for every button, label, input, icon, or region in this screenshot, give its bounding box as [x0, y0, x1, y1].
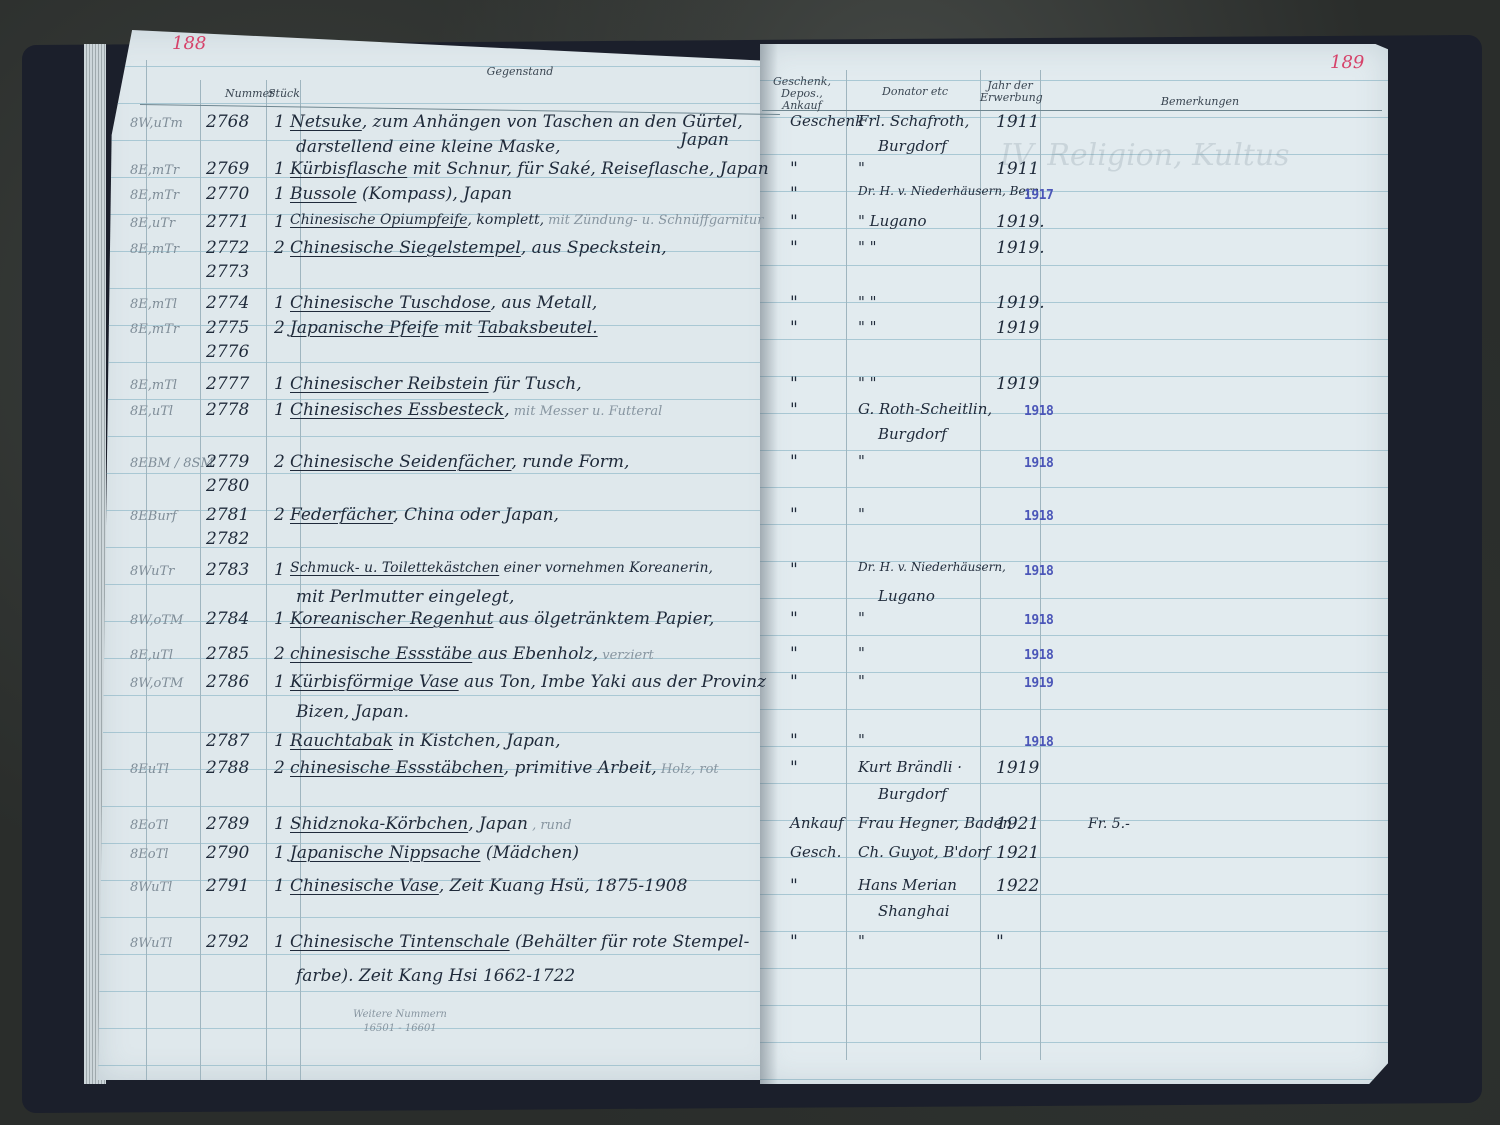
entry-object: Japanische Pfeife mit Tabaksbeutel.: [290, 318, 598, 338]
entry-acquisition: Geschenk: [790, 112, 864, 130]
entry-location: 8E,uTl: [130, 648, 173, 663]
entry-pieces: 1: [274, 731, 285, 751]
entry-object-origin: Japan: [680, 130, 729, 150]
entry-location: 8W,oTM: [130, 613, 183, 628]
entry-donor-continued: Burgdorf: [878, 785, 947, 803]
entry-location: 8E,mTr: [130, 242, 179, 257]
entry-year: 1922: [996, 876, 1039, 896]
entry-year: 1921: [996, 843, 1039, 863]
entry-number: 2768: [206, 112, 249, 132]
entry-object: Koreanischer Regenhut aus ölgetränktem P…: [290, 609, 714, 629]
entry-donor: ": [858, 452, 865, 470]
entry-pieces: 1: [274, 843, 285, 863]
entry-pieces: 1: [274, 112, 285, 132]
entry-object-continued: mit Perlmutter eingelegt,: [296, 587, 514, 607]
entry-number: 2785: [206, 644, 249, 664]
entry-acquisition: Ankauf: [790, 814, 844, 832]
entry-pieces: 2: [274, 505, 285, 525]
entry-pieces: 1: [274, 876, 285, 896]
column-rule: [846, 70, 847, 1060]
entry-object: Chinesisches Essbesteck, mit Messer u. F…: [290, 400, 662, 420]
entry-location: 8WuTl: [130, 936, 172, 951]
entry-remarks: Fr. 5.-: [1088, 816, 1130, 832]
entry-pieces: 1: [274, 184, 285, 204]
entry-number: 2772: [206, 238, 249, 258]
entry-donor-continued: Burgdorf: [878, 137, 947, 155]
entry-object: Netsuke, zum Anhängen von Taschen an den…: [290, 112, 743, 132]
entry-object-continued: farbe). Zeit Kang Hsi 1662-1722: [296, 966, 575, 986]
entry-year-stamp: 1918: [1024, 648, 1053, 663]
ghost-heading: IV. Religion, Kultus: [1000, 138, 1290, 173]
entry-object: Shidznoka-Körbchen, Japan , rund: [290, 814, 572, 834]
entry-object: Chinesische Siegelstempel, aus Speckstei…: [290, 238, 667, 258]
entry-year-stamp: 1918: [1024, 509, 1053, 524]
entry-year: ": [996, 932, 1004, 952]
entry-location: 8EoTl: [130, 847, 168, 862]
entry-object: Rauchtabak in Kistchen, Japan,: [290, 731, 561, 751]
entry-acquisition: ": [790, 644, 798, 664]
entry-donor: ": [858, 672, 865, 690]
right-page: [760, 44, 1388, 1084]
entry-pieces: 2: [274, 238, 285, 258]
entry-object: Schmuck- u. Toilettekästchen einer vorne…: [290, 560, 713, 576]
entry-number: 2791: [206, 876, 249, 896]
entry-donor: Hans Merian: [858, 876, 957, 894]
entry-object: Chinesische Opiumpfeife, komplett, mit Z…: [290, 212, 764, 228]
entry-number: 2790: [206, 843, 249, 863]
entry-object: Kürbisförmige Vase aus Ton, Imbe Yaki au…: [290, 672, 766, 692]
entry-donor: Kurt Brändli ·: [858, 758, 962, 776]
entry-pieces: 1: [274, 932, 285, 952]
entry-location: 8EBM / 8SM: [130, 456, 214, 471]
header-rule: [762, 110, 1382, 111]
entry-donor: " ": [858, 318, 877, 336]
entry-donor: Dr. H. v. Niederhäusern,: [858, 560, 1006, 574]
entry-object: chinesische Essstäbchen, primitive Arbei…: [290, 758, 719, 778]
entry-pieces: 1: [274, 374, 285, 394]
entry-number: 2782: [206, 529, 249, 549]
entry-year-stamp: 1918: [1024, 613, 1053, 628]
entry-number: 2783: [206, 560, 249, 580]
entry-year-stamp: 1918: [1024, 564, 1053, 579]
entry-acquisition: ": [790, 212, 798, 232]
entry-acquisition: ": [790, 374, 798, 394]
entry-donor: Dr. H. v. Niederhäusern, Bern: [858, 184, 1039, 198]
entry-object: Chinesische Tuschdose, aus Metall,: [290, 293, 597, 313]
entry-acquisition: ": [790, 876, 798, 896]
entry-object: Kürbisflasche mit Schnur, für Saké, Reis…: [290, 159, 769, 179]
entry-location: 8E,mTr: [130, 188, 179, 203]
entry-pieces: 1: [274, 560, 285, 580]
entry-number: 2773: [206, 262, 249, 282]
header-year: Jahr der Erwerbung: [980, 80, 1040, 104]
header-number: Nummer: [225, 88, 265, 100]
entry-year: 1919.: [996, 293, 1045, 313]
entry-number: 2776: [206, 342, 249, 362]
entry-number: 2770: [206, 184, 249, 204]
entry-acquisition: ": [790, 400, 798, 420]
entry-year: 1919: [996, 374, 1039, 394]
entry-donor: ": [858, 731, 865, 749]
entry-donor-continued: Burgdorf: [878, 425, 947, 443]
entry-pieces: 2: [274, 758, 285, 778]
entry-donor: ": [858, 609, 865, 627]
entry-object: Chinesischer Reibstein für Tusch,: [290, 374, 582, 394]
entry-number: 2786: [206, 672, 249, 692]
entry-pieces: 2: [274, 318, 285, 338]
entry-donor: Ch. Guyot, B'dorf: [858, 843, 990, 861]
entry-acquisition: ": [790, 159, 798, 179]
entry-donor: ": [858, 644, 865, 662]
entry-location: 8E,uTr: [130, 216, 175, 231]
entry-acquisition: ": [790, 609, 798, 629]
entry-number: 2787: [206, 731, 249, 751]
entry-pieces: 1: [274, 159, 285, 179]
entry-year: 1919: [996, 758, 1039, 778]
entry-location: 8EuTl: [130, 762, 169, 777]
entry-pieces: 1: [274, 814, 285, 834]
entry-year: 1919: [996, 318, 1039, 338]
entry-pieces: 1: [274, 672, 285, 692]
right-page-number: 189: [1330, 52, 1364, 73]
entry-number: 2775: [206, 318, 249, 338]
entry-acquisition: ": [790, 672, 798, 692]
entry-donor: Frau Hegner, Baden: [858, 814, 1012, 832]
entry-donor: " ": [858, 293, 877, 311]
entry-year: 1919.: [996, 238, 1045, 258]
entry-location: 8E,mTl: [130, 378, 177, 393]
entry-acquisition: ": [790, 452, 798, 472]
entry-pieces: 1: [274, 212, 285, 232]
entry-acquisition: ": [790, 238, 798, 258]
entry-acquisition: ": [790, 505, 798, 525]
entry-number: 2784: [206, 609, 249, 629]
entry-number: 2771: [206, 212, 249, 232]
entry-location: 8W,uTm: [130, 116, 183, 131]
entry-location: 8W,oTM: [130, 676, 183, 691]
entry-location: 8EoTl: [130, 818, 168, 833]
entry-number: 2769: [206, 159, 249, 179]
entry-donor: ": [858, 505, 865, 523]
entry-number: 2792: [206, 932, 249, 952]
entry-year-stamp: 1917: [1024, 188, 1053, 203]
entry-location: 8E,uTl: [130, 404, 173, 419]
footer-pencil-note: Weitere Nummern 16501 - 16601: [345, 1008, 455, 1036]
entry-number: 2779: [206, 452, 249, 472]
entry-donor: " ": [858, 238, 877, 256]
header-donor: Donator etc: [850, 86, 980, 98]
entry-acquisition: ": [790, 318, 798, 338]
entry-year-stamp: 1918: [1024, 735, 1053, 750]
entry-year: 1911: [996, 112, 1039, 132]
entry-acquisition: ": [790, 731, 798, 751]
entry-number: 2778: [206, 400, 249, 420]
entry-location: 8EBurf: [130, 509, 177, 524]
entry-pieces: 2: [274, 452, 285, 472]
entry-number: 2788: [206, 758, 249, 778]
entry-location: 8E,mTl: [130, 297, 177, 312]
entry-object: Chinesische Vase, Zeit Kuang Hsü, 1875-1…: [290, 876, 687, 896]
entry-pieces: 1: [274, 400, 285, 420]
entry-number: 2781: [206, 505, 249, 525]
entry-year: 1919.: [996, 212, 1045, 232]
column-rule: [300, 80, 301, 1080]
entry-acquisition: ": [790, 758, 798, 778]
entry-donor: " ": [858, 374, 877, 392]
entry-acquisition: Gesch.: [790, 843, 841, 861]
entry-object-continued: Bizen, Japan.: [296, 702, 409, 722]
entry-object: Chinesische Seidenfächer, runde Form,: [290, 452, 629, 472]
entry-object: Japanische Nippsache (Mädchen): [290, 843, 579, 863]
entry-object: Chinesische Tintenschale (Behälter für r…: [290, 932, 749, 952]
entry-object-continued: darstellend eine kleine Maske,: [296, 137, 561, 157]
entry-pieces: 1: [274, 293, 285, 313]
entry-year-stamp: 1919: [1024, 676, 1053, 691]
entry-object: Bussole (Kompass), Japan: [290, 184, 512, 204]
entry-object: chinesische Essstäbe aus Ebenholz, verzi…: [290, 644, 654, 664]
entry-location: 8WuTl: [130, 880, 172, 895]
entry-year-stamp: 1918: [1024, 456, 1053, 471]
entry-number: 2777: [206, 374, 249, 394]
entry-year: 1921: [996, 814, 1039, 834]
header-object: Gegenstand: [470, 66, 570, 78]
header-remarks: Bemerkungen: [1100, 96, 1300, 108]
entry-donor: G. Roth-Scheitlin,: [858, 400, 992, 418]
header-acquisition: Geschenk, Depos., Ankauf: [762, 76, 842, 112]
left-page-number: 188: [172, 33, 206, 54]
entry-acquisition: ": [790, 293, 798, 313]
entry-acquisition: ": [790, 932, 798, 952]
entry-location: 8WuTr: [130, 564, 174, 579]
entry-object: Federfächer, China oder Japan,: [290, 505, 559, 525]
entry-pieces: 1: [274, 609, 285, 629]
entry-pieces: 2: [274, 644, 285, 664]
entry-donor-continued: Lugano: [878, 587, 935, 605]
entry-number: 2774: [206, 293, 249, 313]
column-rule: [200, 80, 201, 1080]
entry-donor: ": [858, 932, 865, 950]
entry-acquisition: ": [790, 560, 798, 580]
entry-donor-continued: Shanghai: [878, 902, 950, 920]
column-rule: [266, 80, 267, 1080]
entry-donor: ": [858, 159, 865, 177]
entry-acquisition: ": [790, 184, 798, 204]
entry-donor: Frl. Schafroth,: [858, 112, 969, 130]
header-pieces: Stück: [268, 88, 298, 100]
entry-number: 2780: [206, 476, 249, 496]
entry-donor: " Lugano: [858, 212, 927, 230]
entry-location: 8E,mTr: [130, 163, 179, 178]
entry-number: 2789: [206, 814, 249, 834]
entry-location: 8E,mTr: [130, 322, 179, 337]
entry-year-stamp: 1918: [1024, 404, 1053, 419]
